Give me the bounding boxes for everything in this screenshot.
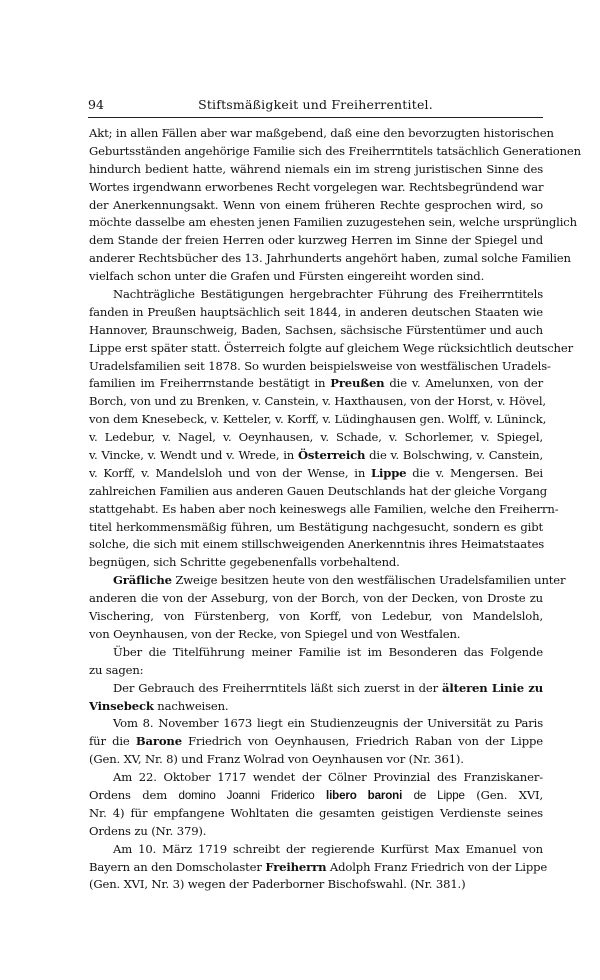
text-line: Vischering, von Fürstenberg, von Korff, … [89,608,543,626]
book-page: 94 Stiftsmäßigkeit und Freiherrentitel. … [0,0,600,980]
paragraph: Am 22. Oktober 1717 wendet der Cölner Pr… [89,769,543,841]
text-line: Gräfliche Zweige besitzen heute von den … [89,572,543,590]
bold-text: Gräfliche [113,573,172,587]
text-line: fanden in Preußen hauptsächlich seit 184… [89,304,543,322]
text-line: Geburtsständen angehörige Familie sich d… [89,143,543,161]
text-line: anderer Rechtsbücher des 13. Jahrhundert… [89,250,543,268]
paragraph: Über die Titelführung meiner Familie ist… [89,644,543,680]
text-line: titel herkommensmäßig führen, um Bestäti… [89,519,543,537]
text-line: anderen die von der Asseburg, von der Bo… [89,590,543,608]
text-line: zahlreichen Familien aus anderen Gauen D… [89,483,543,501]
text-line: möchte dasselbe am ehesten jenen Familie… [89,214,543,232]
header-rule [88,117,543,118]
text-line: Borch, von und zu Brenken, v. Canstein, … [89,393,543,411]
running-title: Stiftsmäßigkeit und Freiherrentitel. [88,96,543,114]
text-line: Ordens zu (Nr. 379). [89,823,543,841]
bold-text: Freiherrn [265,860,326,874]
bold-text: Vinsebeck [89,699,154,713]
text-line: Ordens dem domino Joanni Friderico liber… [89,787,543,805]
text-line: familien im Freiherrnstande bestätigt in… [89,375,543,393]
bold-text: Österreich [298,448,365,462]
text-line: Bayern an den Domscholaster Freiherrn Ad… [89,859,543,877]
text-line: Hannover, Braunschweig, Baden, Sachsen, … [89,322,543,340]
text-line: Nr. 4) für empfangene Wohltaten die gesa… [89,805,543,823]
paragraph: Vom 8. November 1673 liegt ein Studienze… [89,715,543,769]
text-line: Wortes irgendwann erworbenes Recht vorge… [89,179,543,197]
bold-text: Preußen [330,376,384,390]
text-line: Vom 8. November 1673 liegt ein Studienze… [89,715,543,733]
text-line: begnügen, sich Schritte gegebenenfalls v… [89,554,543,572]
bold-text: Lippe [371,466,406,480]
text-line: v. Vincke, v. Wendt und v. Wrede, in Öst… [89,447,543,465]
text-line: v. Korff, v. Mandelsloh und von der Wens… [89,465,543,483]
text-line: für die Barone Friedrich von Oeynhausen,… [89,733,543,751]
text-line: hindurch bedient hatte, während niemals … [89,161,543,179]
text-line: der Anerkennungsakt. Wenn von einem früh… [89,197,543,215]
body-text: Akt; in allen Fällen aber war maßgebend,… [89,125,543,894]
paragraph: Nachträgliche Bestätigungen hergebrachte… [89,286,543,572]
text-line: Lippe erst später statt. Österreich folg… [89,340,543,358]
text-line: stattgehabt. Es haben aber noch keineswe… [89,501,543,519]
latin-text: de Lippe [414,789,465,802]
text-line: (Gen. XVI, Nr. 3) wegen der Paderborner … [89,876,543,894]
text-line: Der Gebrauch des Freiherrntitels läßt si… [89,680,543,698]
bold-text: Barone [136,734,182,748]
text-line: von dem Knesebeck, v. Ketteler, v. Korff… [89,411,543,429]
paragraph: Gräfliche Zweige besitzen heute von den … [89,572,543,644]
text-line: dem Stande der freien Herren oder kurzwe… [89,232,543,250]
latin-text: domino Joanni Friderico [179,789,315,802]
text-line: Nachträgliche Bestätigungen hergebrachte… [89,286,543,304]
text-line: Am 10. März 1719 schreibt der regierende… [89,841,543,859]
text-line: (Gen. XV, Nr. 8) und Franz Wolrad von Oe… [89,751,543,769]
paragraph: Akt; in allen Fällen aber war maßgebend,… [89,125,543,286]
text-line: Akt; in allen Fällen aber war maßgebend,… [89,125,543,143]
text-line: von Oeynhausen, von der Recke, von Spieg… [89,626,543,644]
page-header: 94 Stiftsmäßigkeit und Freiherrentitel. [88,96,543,114]
paragraph: Am 10. März 1719 schreibt der regierende… [89,841,543,895]
text-line: zu sagen: [89,662,543,680]
text-line: Am 22. Oktober 1717 wendet der Cölner Pr… [89,769,543,787]
text-line: vielfach schon unter die Grafen und Fürs… [89,268,543,286]
paragraph: Der Gebrauch des Freiherrntitels läßt si… [89,680,543,716]
text-line: Uradelsfamilien seit 1878. So wurden bei… [89,358,543,376]
text-line: solche, die sich mit einem stillschweige… [89,536,543,554]
text-line: v. Ledebur, v. Nagel, v. Oeynhausen, v. … [89,429,543,447]
text-line: Vinsebeck nachweisen. [89,698,543,716]
text-line: Über die Titelführung meiner Familie ist… [89,644,543,662]
bold-text: älteren Linie zu [442,681,543,695]
bold-latin-text: libero baroni [326,789,402,802]
